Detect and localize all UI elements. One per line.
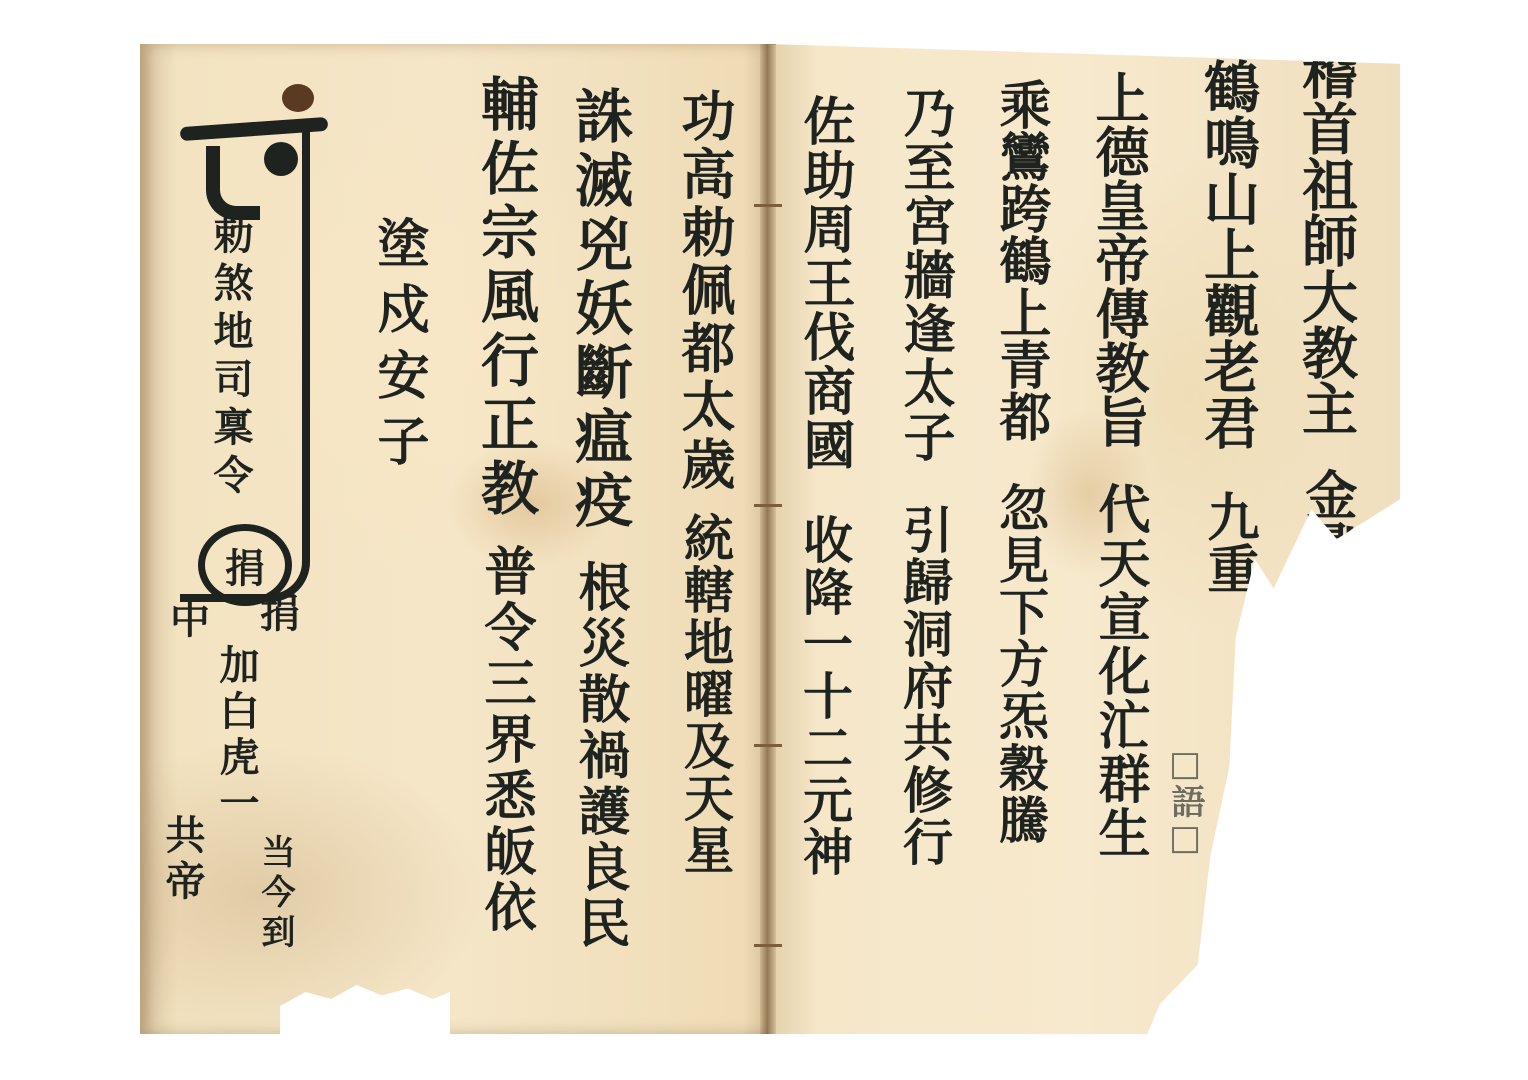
talisman-inscription: 勅煞地司稟令 (210, 214, 250, 502)
note-text: 加白虎一 (216, 644, 256, 828)
column-r2: 鶴鳴山上觀老君 九重 (1200, 58, 1256, 594)
column-text-bottom: 引歸洞府共修行 (899, 504, 949, 868)
column-text-top: 乃至宮牆逢太子 (898, 86, 950, 464)
talisman-note-5: 共帝 (162, 814, 202, 906)
column-text: 塗戍安子 (372, 216, 424, 480)
column-r6: 佐助周王伐商國 收降一十二元神 (798, 94, 850, 878)
binding-stitch (754, 944, 782, 947)
column-text-bottom: 九重 (1202, 490, 1254, 594)
column-l2: 誅滅兇妖斷瘟疫 根災散禍護良民 (570, 86, 628, 952)
column-text-top: 鶴鳴山上觀老君 (1200, 58, 1256, 450)
column-l3: 輔佐宗風行正教 普令三界悉皈依 (476, 74, 534, 936)
column-r1: 稽首祖師大教主 金鼎妙化 (1298, 44, 1354, 676)
binding-stitch (754, 504, 782, 507)
column-text-top: 乘鸞跨鶴上青都 (994, 78, 1046, 442)
column-text-top: 佐助周王伐商國 (798, 94, 850, 472)
talisman-note-4: 当今到 (258, 834, 292, 954)
column-text-top: 稽首祖師大教主 (1298, 44, 1354, 436)
column-r5: 乃至宮牆逢太子 引歸洞府共修行 (898, 86, 950, 868)
note-char: 中 (170, 600, 210, 650)
ink-blot (282, 84, 314, 112)
column-text-top: 功高勅佩都太歲 (678, 88, 732, 494)
binding-stitch (754, 204, 782, 207)
column-text-bottom: 金鼎妙化 (1300, 468, 1352, 676)
right-page: 佐助周王伐商國 收降一十二元神 乃至宮牆逢太子 引歸洞府共修行 乘鸞跨鶴上青都 … (768, 44, 1400, 1034)
talisman-note-1: 中 (170, 600, 210, 650)
column-r3: 上德皇帝傳教旨 代天宣化汒群生 (1092, 70, 1146, 860)
manuscript-spread: 勅煞地司稟令 捐 中 捐 加白虎一 当今到 共帝 塗戍安子 輔佐宗風行正教 普令… (140, 44, 1400, 1034)
column-text-bottom: 根災散禍護良民 (573, 560, 625, 952)
column-text-top: 輔佐宗風行正教 (476, 74, 534, 522)
column-text-bottom: 收降一十二元神 (799, 514, 849, 878)
torn-corner (280, 964, 450, 1034)
inscription-text: 勅煞地司稟令 (210, 214, 250, 502)
fragment-edge-text: □語□ (1168, 744, 1202, 858)
note-char: 捐 (260, 594, 300, 644)
column-text-bottom: 普令三界悉皈依 (479, 544, 531, 936)
column-text-top: 上德皇帝傳教旨 (1092, 70, 1146, 448)
note-text: 当今到 (258, 834, 292, 954)
book-spine (760, 44, 776, 1034)
binding-stitch (754, 744, 782, 747)
note-text: 共帝 (162, 814, 202, 906)
column-l4: 塗戍安子 (372, 216, 424, 480)
column-l1: 功高勅佩都太歲 統轄地曜及天星 (678, 88, 732, 876)
column-r4: 乘鸞跨鶴上青都 忽見下方炁穀騰 (994, 78, 1046, 846)
column-text-bottom: 統轄地曜及天星 (680, 512, 730, 876)
left-page: 勅煞地司稟令 捐 中 捐 加白虎一 当今到 共帝 塗戍安子 輔佐宗風行正教 普令… (140, 44, 768, 1034)
fragment-text: □語□ (1168, 744, 1202, 858)
column-text-bottom: 忽見下方炁穀騰 (995, 482, 1045, 846)
column-text-top: 誅滅兇妖斷瘟疫 (570, 86, 628, 534)
circle-char: 捐 (225, 537, 265, 594)
column-text-bottom: 代天宣化汒群生 (1093, 482, 1145, 860)
talisman-note-3: 加白虎一 (216, 644, 256, 828)
talisman-note-2: 捐 (260, 594, 300, 644)
